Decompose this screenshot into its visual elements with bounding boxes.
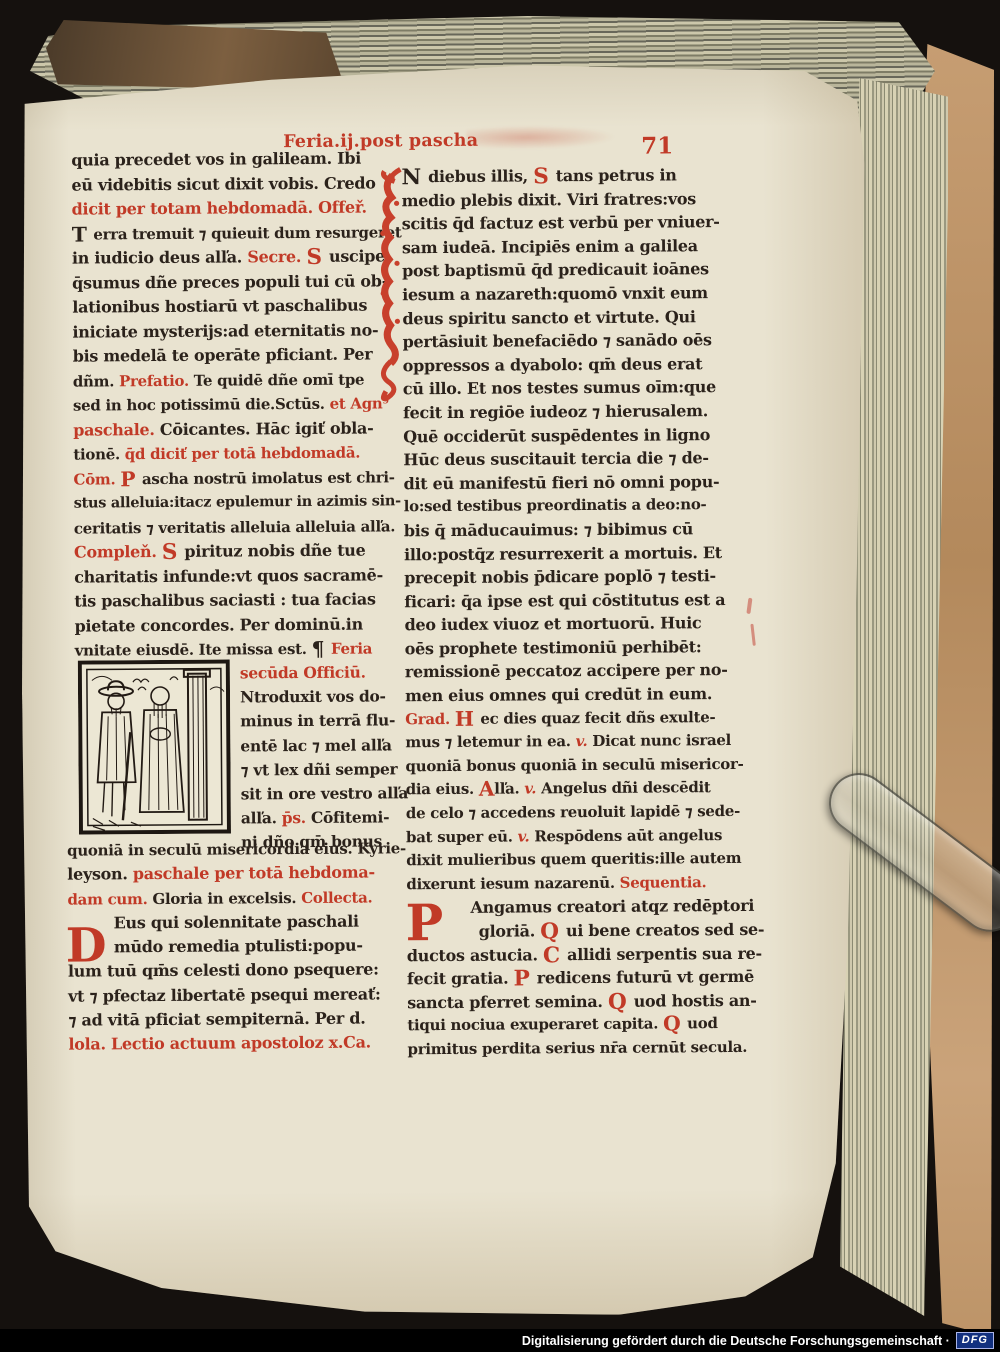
- text-line: bis medelā te operāte pficiant. Per: [73, 342, 399, 369]
- body-text: diebus illis,: [428, 166, 533, 186]
- text-line: lola. Lectio actuum apostoloz x.Ca.: [68, 1031, 408, 1058]
- rubric-text: secūda Officiū.: [240, 663, 366, 683]
- text-line: fecit gratia. P redicens futurū vt germē: [407, 965, 755, 991]
- body-text: ceritatis ⁊ veritatis alleluia alleluia …: [74, 517, 395, 537]
- left-column-upper-text: quia precedet vos in galileam. Ibieū vid…: [71, 146, 401, 663]
- text-line: pertāsiuit benefaciēdo ⁊ sanādo oēs: [402, 328, 750, 354]
- body-text: tans petrus in: [556, 165, 677, 185]
- body-text: Angelus dñi descēdit: [541, 779, 711, 798]
- body-text: primitus perdita serius nr̄a cernūt secu…: [407, 1038, 747, 1058]
- text-line: minus in terrā flu-: [240, 709, 402, 734]
- body-text: Ntroduxit vos do-: [240, 687, 386, 707]
- rubric-text: v.: [576, 732, 593, 750]
- text-line: mus ⁊ letemur in ea. v. Dicat nunc israe…: [405, 729, 753, 755]
- body-text: tiqui nociua exuperaret capita.: [407, 1015, 663, 1035]
- body-text: mus ⁊ letemur in ea.: [405, 732, 575, 751]
- rubric-text: Secre.: [247, 247, 306, 266]
- body-text: iesum a nazareth:quomō vnxit eum: [402, 283, 708, 304]
- text-line: N diebus illis, S tans petrus in: [401, 163, 749, 189]
- text-line: dicit per totam hebdomadā. Offeř.: [72, 195, 398, 222]
- right-column-text: N diebus illis, S tans petrus inmedio pl…: [401, 163, 755, 1062]
- body-text: gloriā.: [479, 921, 541, 940]
- text-line: iesum a nazareth:quomō vnxit eum: [402, 281, 750, 307]
- left-column-lower-text: quoniā in seculū misericordia eius. Kyri…: [67, 836, 409, 1057]
- text-line: Cōm. P ascha nostrū imolatus est chri-: [73, 465, 399, 492]
- text-line: alľa. p̄s. Cōfitemi-: [241, 805, 403, 830]
- body-text: dit eū manifestū fieri nō omni popu-: [403, 472, 719, 493]
- text-line: bis q̄ māducauimus: ⁊ bibimus cū: [404, 517, 752, 543]
- text-line: stus alleluia:itacz epulemur in azimis s…: [74, 489, 400, 516]
- text-line: Hūc deus suscitauit tercia die ⁊ de-: [403, 446, 751, 472]
- body-text: Angamus creatori atqz redēptori: [470, 896, 754, 917]
- text-line: oppressos a dyabolo: qm̄ deus erat: [403, 352, 751, 378]
- body-text: ⁊ ad vitā pficiat sempiternā. Per d.: [68, 1009, 365, 1030]
- text-line: primitus perdita serius nr̄a cernūt secu…: [407, 1036, 755, 1062]
- body-text: post baptismū q̄d predicauit ioānes: [402, 260, 709, 281]
- text-line: lum tuū qm̄s celesti dono psequere:: [68, 958, 408, 985]
- body-text: ficari: q̄a ipse est qui cōstitutus est …: [404, 590, 725, 611]
- body-text: alľa.: [241, 808, 282, 827]
- rubric-text: Grad.: [405, 710, 455, 728]
- body-text: Gloria in excelsis.: [152, 889, 301, 908]
- body-text: lum tuū qm̄s celesti dono psequere:: [68, 960, 379, 981]
- text-line: bat super eū. v. Respōdens aūt angelus: [406, 823, 754, 849]
- body-text: precepit nobis p̄dicare poplō ⁊ testi-: [404, 566, 716, 587]
- body-text: stus alleluia:itacz epulemur in azimis s…: [74, 492, 401, 511]
- text-line: dit eū manifestū fieri nō omni popu-: [403, 470, 751, 496]
- rubric-text: S: [162, 540, 185, 565]
- body-text: tis paschalibus saciasti : tua facias: [74, 589, 375, 610]
- text-line: cū illo. Et nos testes sumus oīm:que: [403, 375, 751, 401]
- body-text: Cōicantes. Hāc igiť obla-: [160, 418, 374, 438]
- text-line: leyson. paschale per totā hebdoma-: [67, 861, 407, 888]
- text-line: dixit mulieribus quem queritis:ille aute…: [406, 847, 754, 873]
- text-line: quia precedet vos in galileam. Ibi: [71, 146, 397, 173]
- rubric-text: Q: [608, 989, 634, 1014]
- body-text: Eus qui solennitate paschali: [114, 911, 359, 932]
- body-text: iniciate mysterijs:ad eternitatis no-: [72, 320, 378, 341]
- rubric-text: S: [306, 245, 329, 270]
- text-line: sancta pferret semina. Q uod hostis an-: [407, 989, 755, 1015]
- rubric-text: C: [543, 943, 567, 968]
- body-text: bis q̄ māducauimus: ⁊ bibimus cū: [404, 519, 693, 540]
- body-text: allidi serpentis sua re-: [567, 943, 762, 963]
- rubric-text: Prefatio.: [119, 371, 194, 390]
- body-text: tionē.: [73, 445, 125, 463]
- text-line: tis paschalibus saciasti : tua facias: [74, 587, 400, 614]
- body-text: in iudicio deus alľa.: [72, 247, 247, 267]
- text-line: Grad. H ec dies quaz fecit dñs exulte-: [405, 706, 753, 732]
- body-text: oppressos a dyabolo: qm̄ deus erat: [403, 354, 703, 375]
- text-line: de celo ⁊ accedens reuoluit lapidē ⁊ sed…: [406, 800, 754, 826]
- body-text: quoniā in seculū misericordia eius. Kyri…: [67, 839, 406, 859]
- text-line: charitatis infunde:vt quos sacramē-: [74, 563, 400, 590]
- text-line: in iudicio deus alľa. Secre. S uscipe: [72, 244, 398, 271]
- body-text: ui bene creatos sed se-: [566, 920, 764, 940]
- body-text: ¶: [312, 637, 332, 661]
- body-text: scitis q̄d factuz est verbū per vniuer-: [402, 212, 720, 233]
- text-line: deo iudex viuoz et mortuorū. Huic: [404, 611, 752, 637]
- rubric-text: v.: [524, 780, 541, 798]
- text-line: sit in ore vestro alľa: [241, 781, 403, 806]
- text-line: pietate concordes. Per dominū.in: [74, 612, 400, 639]
- text-line: precepit nobis p̄dicare poplō ⁊ testi-: [404, 564, 752, 590]
- text-line: Compleň. S pirituz nobis dñe tue: [74, 538, 400, 565]
- body-text: cū illo. Et nos testes sumus oīm:que: [403, 377, 716, 398]
- body-text: ⁊ vt lex dñi semper: [240, 759, 397, 779]
- text-line: lationibus hostiarū vt paschalibus: [72, 293, 398, 320]
- rubric-text: P: [120, 467, 142, 491]
- body-text: deo iudex viuoz et mortuorū. Huic: [404, 613, 701, 634]
- rubric-text: paschale per totā hebdoma-: [133, 863, 375, 884]
- text-line: oēs prophete testimoniū perhibēt:: [405, 635, 753, 661]
- text-line: entē lac ⁊ mel alľa: [240, 733, 402, 758]
- body-text: redicens futurū vt germē: [537, 967, 754, 988]
- text-line: dia eius. Alľa. v. Angelus dñi descēdit: [406, 776, 754, 802]
- text-line: quoniā in seculū misericordia eius. Kyri…: [67, 836, 407, 863]
- text-line: Quē occiderūt suspēdentes in ligno: [403, 422, 751, 448]
- text-line: paschale. Cōicantes. Hāc igiť obla-: [73, 416, 399, 443]
- body-text: mūdo remedia ptulisti:popu-: [114, 936, 363, 957]
- text-line: vt ⁊ pfectaz libertatē psequi mereať:: [68, 982, 408, 1009]
- body-text: men eius omnes qui credūt in eum.: [405, 684, 712, 705]
- text-line: illo:postq̄z resurrexerit a mortuis. Et: [404, 540, 752, 566]
- rubric-text: dicit per totam hebdomadā. Offeř.: [72, 198, 367, 219]
- body-text: vt ⁊ pfectaz libertatē psequi mereať:: [68, 984, 381, 1005]
- text-line: ductos astucia. C allidi serpentis sua r…: [407, 941, 755, 967]
- body-text: pertāsiuit benefaciēdo ⁊ sanādo oēs: [402, 330, 711, 351]
- text-line: lo:sed testibus preordinatis a deo:no-: [404, 493, 752, 519]
- body-text: erra tremuit ⁊ quieuit dum resurgeret: [93, 223, 401, 243]
- body-text: q̄sumus dñe preces populi tui cū ob-: [72, 271, 388, 292]
- body-text: leyson.: [67, 864, 133, 883]
- body-text: Cōfitemi-: [311, 808, 389, 828]
- body-text: Dicat nunc israel: [592, 731, 731, 750]
- rubric-text: H: [455, 706, 481, 730]
- body-text: quia precedet vos in galileam. Ibi: [71, 149, 361, 170]
- body-text: N: [401, 165, 428, 190]
- rubric-text: lola. Lectio actuum apostoloz x.Ca.: [68, 1033, 371, 1054]
- credit-text: Digitalisierung gefördert durch die Deut…: [522, 1334, 950, 1348]
- body-text: de celo ⁊ accedens reuoluit lapidē ⁊ sed…: [406, 802, 740, 822]
- text-line: q̄sumus dñe preces populi tui cū ob-: [72, 269, 398, 296]
- text-line: dam cum. Gloria in excelsis. Collecta.: [67, 885, 407, 912]
- body-text: T: [72, 222, 94, 246]
- body-text: lľa.: [494, 780, 524, 798]
- body-text: lationibus hostiarū vt paschalibus: [72, 296, 367, 317]
- body-text: Respōdens aūt angelus: [534, 826, 722, 845]
- body-text: pirituz nobis dñe tue: [184, 541, 365, 561]
- text-line: medio plebis dixit. Viri fratres:vos: [401, 186, 749, 212]
- rubric-text: P: [514, 967, 537, 992]
- rubric-text: S: [533, 164, 556, 189]
- body-text: deus spiritu sancto et virtute. Qui: [402, 307, 695, 328]
- body-text: quoniā bonus quoniā in seculū misericor-: [405, 755, 743, 775]
- text-line: ⁊ vt lex dñi semper: [240, 757, 402, 782]
- text-line: secūda Officiū.: [240, 660, 402, 685]
- body-text: dñm.: [73, 372, 119, 390]
- rubric-text: Q: [663, 1012, 687, 1036]
- rubric-text: Cōm.: [73, 470, 120, 488]
- body-text: ascha nostrū imolatus est chri-: [142, 468, 395, 488]
- body-text: Te quidē dñe omī tpe: [194, 370, 365, 389]
- text-line: deus spiritu sancto et virtute. Qui: [402, 304, 750, 330]
- body-text: dia eius.: [406, 780, 479, 799]
- body-text: vnitate eiusdē. Ite missa est.: [75, 640, 312, 660]
- body-text: eū videbitis sicut dixit vobis. Credo: [71, 173, 375, 194]
- body-text: illo:postq̄z resurrexerit a mortuis. Et: [404, 543, 722, 564]
- body-text: fecit gratia.: [407, 969, 514, 989]
- text-line: ceritatis ⁊ veritatis alleluia alleluia …: [74, 514, 400, 541]
- body-text: uod: [687, 1014, 718, 1032]
- body-text: entē lac ⁊ mel alľa: [240, 735, 392, 755]
- text-line: sam iudeā. Incipiēs enim a galilea: [402, 234, 750, 260]
- text-line: tiqui nociua exuperaret capita. Q uod: [407, 1012, 755, 1038]
- body-text: sit in ore vestro alľa: [241, 783, 409, 803]
- text-line: eū videbitis sicut dixit vobis. Credo: [71, 171, 397, 198]
- page-number: 71: [641, 132, 673, 159]
- dfg-logo: DFG: [956, 1332, 994, 1349]
- body-text: Quē occiderūt suspēdentes in ligno: [403, 425, 710, 446]
- body-text: ec dies quaz fecit dñs exulte-: [480, 708, 715, 728]
- text-line: Eus qui solennitate paschali: [68, 909, 408, 936]
- body-text: dixerunt iesum nazarenū.: [406, 874, 619, 893]
- rubric-text: v.: [518, 827, 535, 845]
- text-line: remissionē peccatoz accipere per no-: [405, 658, 753, 684]
- rubric-text: q̄d diciť per totā hebdomadā.: [125, 444, 361, 464]
- rubric-text: Collecta.: [301, 888, 372, 906]
- body-text: lo:sed testibus preordinatis a deo:no-: [404, 495, 707, 515]
- body-text: Hūc deus suscitauit tercia die ⁊ de-: [403, 448, 708, 469]
- rubric-text: Q: [540, 919, 566, 944]
- body-text: fecit in regiōe iudeoz ⁊ hierusalem.: [403, 401, 708, 422]
- text-line: ficari: q̄a ipse est qui cōstitutus est …: [404, 588, 752, 614]
- dropcap-p: P: [405, 898, 443, 948]
- body-text: bat super eū.: [406, 827, 518, 846]
- book-page: Feria.ij.post pascha 71 quia precedet vo…: [18, 63, 873, 1319]
- text-line: tionē. q̄d diciť per totā hebdomadā.: [73, 440, 399, 467]
- rubric-text: dam cum.: [67, 890, 152, 909]
- text-line: sed in hoc potissimū die.Sctūs. et Agn⁹: [73, 391, 399, 418]
- body-text: uod hostis an-: [634, 991, 757, 1011]
- text-line: gloriā. Q ui bene creatos sed se-: [407, 918, 755, 944]
- body-text: medio plebis dixit. Viri fratres:vos: [402, 189, 697, 210]
- book-scan-photo: Feria.ij.post pascha 71 quia precedet vo…: [0, 0, 1000, 1352]
- rubric-text: paschale.: [73, 419, 160, 439]
- text-line: post baptismū q̄d predicauit ioānes: [402, 257, 750, 283]
- digitization-credit-bar: Digitalisierung gefördert durch die Deut…: [0, 1329, 1000, 1352]
- text-line: T erra tremuit ⁊ quieuit dum resurgeret: [72, 220, 398, 247]
- body-text: sancta pferret semina.: [407, 992, 608, 1012]
- rubric-text: Sequentia.: [620, 873, 707, 892]
- rubric-text: p̄s.: [282, 808, 311, 827]
- body-text: sed in hoc potissimū die.Sctūs.: [73, 395, 330, 415]
- rubric-text: A: [479, 777, 495, 801]
- red-ink-smudge: [466, 125, 616, 150]
- text-line: vnitate eiusdē. Ite missa est. ¶ Feria: [75, 636, 401, 663]
- body-text: minus in terrā flu-: [240, 711, 395, 731]
- rubric-text: Feria: [331, 640, 372, 658]
- body-text: bis medelā te operāte pficiant. Per: [73, 344, 373, 365]
- text-line: fecit in regiōe iudeoz ⁊ hierusalem.: [403, 399, 751, 425]
- dropcap-d: D: [66, 922, 107, 969]
- text-line: dixerunt iesum nazarenū. Sequentia.: [406, 871, 754, 897]
- text-line: mūdo remedia ptulisti:popu-: [68, 933, 408, 960]
- text-line: ⁊ ad vitā pficiat sempiternā. Per d.: [68, 1006, 408, 1033]
- text-line: Ntroduxit vos do-: [240, 684, 402, 709]
- text-line: iniciate mysterijs:ad eternitatis no-: [72, 318, 398, 345]
- body-text: remissionē peccatoz accipere per no-: [405, 660, 728, 681]
- body-text: pietate concordes. Per dominū.in: [74, 614, 362, 635]
- body-text: oēs prophete testimoniū perhibēt:: [405, 637, 702, 658]
- two-pilgrims-woodcut: [78, 660, 231, 835]
- body-text: charitatis infunde:vt quos sacramē-: [74, 565, 383, 586]
- text-line: quoniā bonus quoniā in seculū misericor-: [405, 753, 753, 779]
- body-text: sam iudeā. Incipiēs enim a galilea: [402, 236, 698, 257]
- body-text: dixit mulieribus quem queritis:ille aute…: [406, 849, 741, 869]
- left-column-beside-woodcut-text: secūda Officiū.Ntroduxit vos do-minus in…: [240, 660, 403, 855]
- rubric-text: Compleň.: [74, 542, 162, 562]
- text-line: men eius omnes qui credūt in eum.: [405, 682, 753, 708]
- text-line: Angamus creatori atqz redēptori: [406, 894, 754, 920]
- text-line: dñm. Prefatio. Te quidē dñe omī tpe: [73, 367, 399, 394]
- text-line: scitis q̄d factuz est verbū per vniuer-: [402, 210, 750, 236]
